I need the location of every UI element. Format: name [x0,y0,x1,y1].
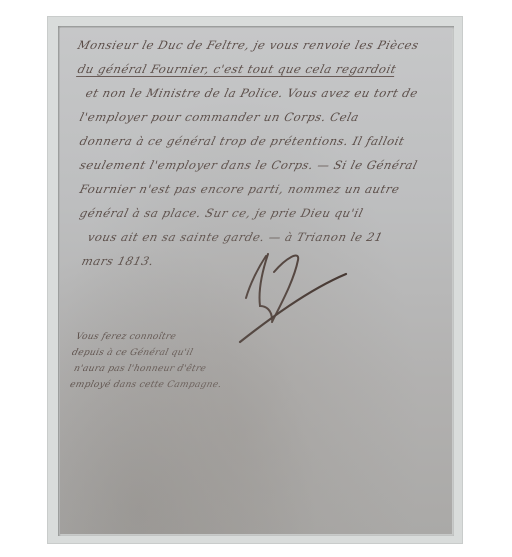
letter-line-7: Fournier n'est pas encore parti, nommez … [78,182,401,196]
letter-line-2: du général Fournier, c'est tout que cela… [76,62,398,76]
signature-mark [238,250,350,346]
letter-line-5: donnera à ce général trop de prétentions… [78,134,406,148]
letter-line-3: et non le Ministre de la Police. Vous av… [84,86,419,100]
letter-line-6: seulement l'employer dans le Corps. — Si… [78,158,419,172]
postscript-line-3: n'aura pas l'honneur d'être [73,364,207,374]
letter-line-4: l'employer pour commander un Corps. Cela [78,110,360,124]
letter-paper: Monsieur le Duc de Feltre, je vous renvo… [60,28,452,534]
postscript-line-4: employé dans cette Campagne. [69,380,223,390]
postscript-line-2: depuis à ce Général qu'il [71,348,194,358]
letter-line-8: général à sa place. Sur ce, je prie Dieu… [78,206,365,220]
letter-line-10: mars 1813. [80,254,155,268]
underlined-name: du général Fournier, c'est tout que cela… [76,62,398,77]
letter-line-1: Monsieur le Duc de Feltre, je vous renvo… [76,38,420,52]
postscript-line-1: Vous ferez connoître [75,332,177,342]
letter-line-9: vous ait en sa sainte garde. — à Trianon… [86,230,384,244]
